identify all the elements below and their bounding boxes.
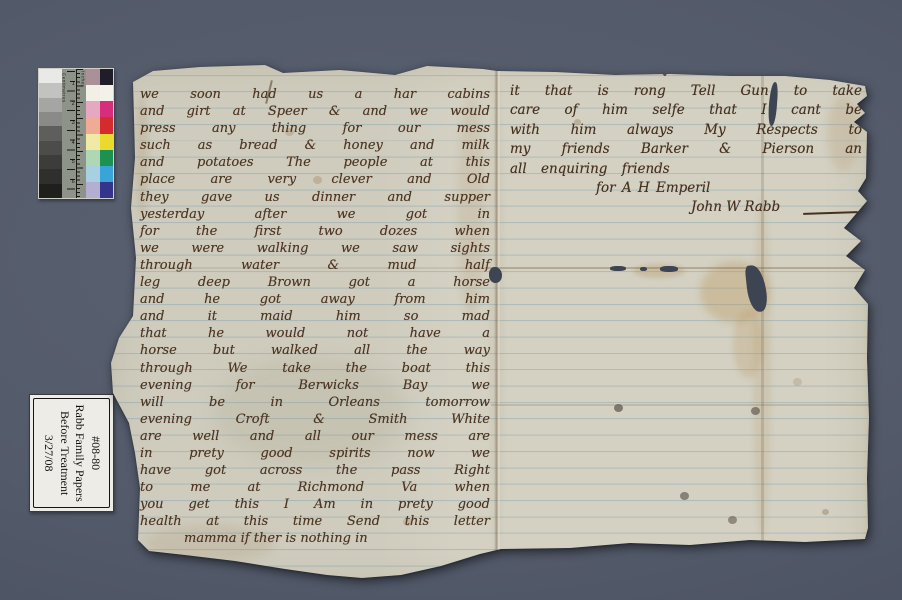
handwritten-line: evening Croft & Smith White: [140, 411, 490, 428]
ruler-number: 5: [67, 159, 75, 165]
handwritten-line: we soon had us a har cabins: [140, 86, 490, 103]
color-patch: [86, 69, 99, 85]
handwritten-line: all enquiring friends: [510, 160, 862, 179]
handwritten-line: we were walking we saw sights: [140, 240, 490, 257]
center-fold-crease: [494, 58, 500, 592]
gray-patch: [39, 126, 62, 140]
handwritten-line: such as bread & honey and milk: [140, 137, 490, 154]
gray-patch: [39, 184, 62, 198]
handwritten-line: and he got away from him: [140, 291, 490, 308]
handwritten-line: with him always My Respects to: [510, 121, 862, 140]
ruler: Centimetres Inches 123456: [62, 69, 87, 198]
gray-patch: [39, 141, 62, 155]
handwritten-line: will be in Orleans tomorrow: [140, 394, 490, 411]
handwritten-line: and it maid him so mad: [140, 308, 490, 325]
horizontal-crease-lower: [491, 404, 871, 406]
letter-right-page-text: it that is rong Tell Gun to takecare of …: [510, 82, 862, 218]
photo-background: Centimetres Inches 123456 #08-80 Rabb Fa…: [0, 0, 902, 600]
ruler-number: 3: [67, 120, 75, 126]
handwritten-line: it that is rong Tell Gun to take: [510, 82, 862, 101]
handwritten-line: place are very clever and Old: [140, 171, 490, 188]
handwritten-line: evening for Berwicks Bay we: [140, 377, 490, 394]
label-date: 3/27/08: [40, 404, 56, 501]
handwritten-line: for the first two dozes when: [140, 223, 490, 240]
color-calibration-card: Centimetres Inches 123456: [38, 68, 114, 199]
handwritten-line: they gave us dinner and supper: [140, 189, 490, 206]
letter-paper: we soon had us a har cabinsand girt at S…: [105, 58, 871, 592]
gray-patch: [39, 169, 62, 183]
color-patch: [86, 85, 99, 101]
ruler-number: 2: [67, 101, 75, 107]
gray-patch: [39, 112, 62, 126]
handwritten-line: horse but walked all the way: [140, 342, 490, 359]
color-patch: [86, 150, 99, 166]
gray-patch: [39, 155, 62, 169]
ruler-inch-major-ticks: [77, 69, 83, 198]
color-patch: [86, 166, 99, 182]
handwritten-line: press any thing for our mess: [140, 120, 490, 137]
handwritten-line: to me at Richmond Va when: [140, 479, 490, 496]
handwritten-line: health at this time Send this letter: [140, 513, 490, 530]
color-patch: [86, 134, 99, 150]
handwritten-line: leg deep Brown got a horse: [140, 274, 490, 291]
gray-patch: [39, 69, 62, 83]
crease-tear-mark: [640, 267, 647, 271]
ruler-centimetre-label: Centimetres: [62, 73, 67, 103]
grayscale-column: [39, 69, 62, 198]
handwritten-line: yesterday after we got in: [140, 206, 490, 223]
stain: [733, 310, 763, 378]
crease-tear-mark: [610, 266, 626, 271]
handwritten-line: my friends Barker & Pierson an: [510, 140, 862, 159]
handwritten-line: for A H Emperil: [510, 179, 862, 198]
ruler-number: 4: [67, 140, 75, 146]
color-patch: [86, 117, 99, 133]
crease-tear-mark: [660, 266, 678, 272]
handwritten-line: are well and all our mess are: [140, 428, 490, 445]
handwritten-line: John W Rabb: [510, 198, 862, 217]
handwritten-line: you get this I Am in prety good: [140, 496, 490, 513]
horizontal-crease-upper: [485, 267, 871, 269]
letter-paper-wrapper: we soon had us a har cabinsand girt at S…: [105, 58, 871, 592]
handwritten-line: and potatoes The people at this: [140, 154, 490, 171]
ruler-number: 1: [67, 81, 75, 87]
archival-label: #08-80 Rabb Family Papers Before Treatme…: [29, 394, 114, 512]
tear-hole: [489, 267, 502, 283]
label-accession-number: #08-80: [87, 404, 103, 501]
color-patch: [86, 182, 99, 198]
label-collection-name: Rabb Family Papers: [72, 404, 88, 501]
archival-label-border: #08-80 Rabb Family Papers Before Treatme…: [33, 398, 110, 508]
ruler-number: 6: [67, 179, 75, 185]
handwritten-line: have got across the pass Right: [140, 462, 490, 479]
gray-patch: [39, 98, 62, 112]
label-treatment-status: Before Treatment: [56, 404, 72, 501]
handwritten-line: in prety good spirits now we: [140, 445, 490, 462]
handwritten-line: mamma if ther is nothing in: [140, 530, 490, 547]
foxing-speckles: [105, 58, 110, 62]
gray-patch: [39, 83, 62, 97]
handwritten-line: care of him selfe that I cant be: [510, 101, 862, 120]
handwritten-line: through We take the boat this: [140, 360, 490, 377]
archival-label-text: #08-80 Rabb Family Papers Before Treatme…: [40, 404, 102, 501]
handwritten-line: that he would not have a: [140, 325, 490, 342]
top-edge-tear-flap: [659, 60, 667, 77]
handwritten-line: through water & mud half: [140, 257, 490, 274]
handwritten-line: and girt at Speer & and we would: [140, 103, 490, 120]
letter-left-page-text: we soon had us a har cabinsand girt at S…: [140, 86, 490, 548]
color-patch: [86, 101, 99, 117]
